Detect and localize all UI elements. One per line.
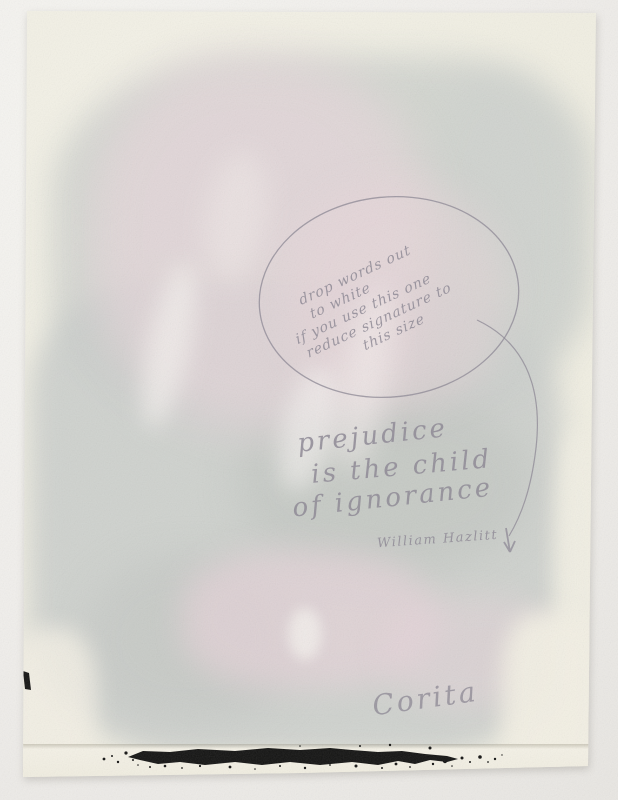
paper-shadow-wrap: drop words out to white if you use this … (0, 0, 618, 800)
ink-smear (128, 748, 458, 765)
pencil-and-ink-marks (0, 0, 618, 800)
ink-mark-left-edge (23, 671, 31, 690)
curved-arrow-annotation (477, 320, 537, 536)
sketchbook-page: drop words out to white if you use this … (0, 0, 618, 800)
artwork-photograph: drop words out to white if you use this … (0, 0, 618, 800)
down-arrow-icon (504, 528, 515, 552)
